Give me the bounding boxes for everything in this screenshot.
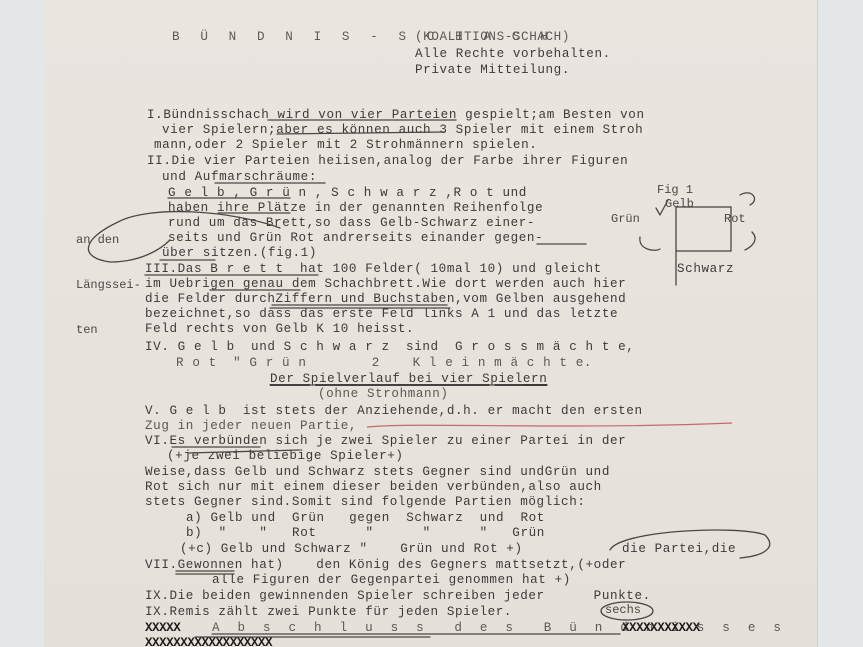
section-VI-line-3: Weise,dass Gelb und Schwarz stets Gegner… xyxy=(145,465,610,479)
section-VI-option-c-note: die Partei,die xyxy=(622,542,736,556)
figure-1-schwarz: Schwarz xyxy=(677,262,734,276)
section-I-line-2: vier Spielern;aber es können auch 3 Spie… xyxy=(162,123,643,137)
section-II-line-2: und Aufmarschräume: xyxy=(162,170,317,184)
section-I-line-3: mann,oder 2 Spieler mit 2 Strohmännern s… xyxy=(154,138,537,152)
section-IX-handwritten-sechs: sechs xyxy=(605,603,641,617)
section-II-line-3: G e l b , G r ü n , S c h w a r z ,R o t… xyxy=(168,186,527,200)
section-VI-option-b: b) " " Rot " " " Grün xyxy=(186,526,545,540)
section-VI-line-4: Rot sich nur mit einem dieser beiden ver… xyxy=(145,480,602,494)
section-VI-line-1: VI.Es verbünden sich je zwei Spieler zu … xyxy=(145,434,626,448)
section-VI-option-c: (+c) Gelb und Schwarz " Grün und Rot +) xyxy=(180,542,523,556)
rights-notice: Alle Rechte vorbehalten. xyxy=(415,47,611,61)
closing-strike-right: XXXXXXXXXXX xyxy=(622,621,700,635)
section-IV-line-2: R o t " G r ü n 2 K l e i n m ä c h t e. xyxy=(176,356,592,370)
section-IX-line-2: IX.Remis zählt zwei Punkte für jeden Spi… xyxy=(145,605,512,619)
section-IV-line-1: IV. G e l b und S c h w a r z sind G r o… xyxy=(145,340,634,354)
section-VI-line-2: (+je zwei beliebige Spieler+) xyxy=(167,449,404,463)
private-notice: Private Mitteilung. xyxy=(415,63,570,77)
subheading: Der Spielverlauf bei vier Spielern xyxy=(270,372,547,386)
subheading-note: (ohne Strohmann) xyxy=(318,387,449,401)
section-III-line-2: im Uebrigen genau dem Schachbrett.Wie do… xyxy=(145,277,626,291)
closing-strike-left: XXXXX xyxy=(145,621,180,635)
section-II-line-7: über sitzen.(fig.1) xyxy=(162,246,317,260)
closing-strike-bottom: XXXXXXXXXXXXXXXXXX xyxy=(145,636,272,647)
section-VI-line-5: stets Gegner sind.Somit sind folgende Pa… xyxy=(145,495,586,509)
section-V-line-2: Zug in jeder neuen Partie, xyxy=(145,419,357,433)
section-II-line-1: II.Die vier Parteien heiisen,analog der … xyxy=(147,154,628,168)
section-II-line-6: seits und Grün Rot andrerseits einander … xyxy=(168,231,543,245)
figure-1-rot: Rot xyxy=(724,212,746,226)
margin-note-line-3: ten xyxy=(76,323,141,338)
section-IX-line-1: IX.Die beiden gewinnenden Spieler schrei… xyxy=(145,589,651,603)
section-II-line-5: rund um das Brett,so dass Gelb-Schwarz e… xyxy=(168,216,535,230)
margin-note-line-2: Längssei- xyxy=(76,278,141,293)
section-V-line-1: V. G e l b ist stets der Anziehende,d.h.… xyxy=(145,404,643,418)
figure-1-label: Fig 1 xyxy=(657,183,693,197)
section-I-line-1: I.Bündnisschach wird von vier Parteien g… xyxy=(147,108,645,122)
section-III-line-4: bezeichnet,so dass das erste Feld links … xyxy=(145,307,618,321)
section-III-line-3: die Felder durchZiffern und Buchstaben,v… xyxy=(145,292,626,306)
document-title-sub: (KOALITIONS-SCHACH) xyxy=(415,30,570,44)
section-III-line-1: III.Das B r e t t hat 100 Felder( 10mal … xyxy=(145,262,602,276)
figure-1-gruen: Grün xyxy=(611,212,640,226)
margin-note-line-1: an den xyxy=(76,233,141,248)
section-III-line-5: Feld rechts von Gelb K 10 heisst. xyxy=(145,322,414,336)
section-VI-option-a: a) Gelb und Grün gegen Schwarz und Rot xyxy=(186,511,545,525)
section-VII-line-2: alle Figuren der Gegenpartei genommen ha… xyxy=(212,573,571,587)
section-II-line-4: haben ihre Plätze in der genannten Reihe… xyxy=(168,201,543,215)
margin-note: an den Längssei- ten xyxy=(76,203,141,353)
figure-1-gelb: Gelb xyxy=(665,197,694,211)
section-VII-line-1: VII.Gewonnen hat) den König des Gegners … xyxy=(145,558,626,572)
